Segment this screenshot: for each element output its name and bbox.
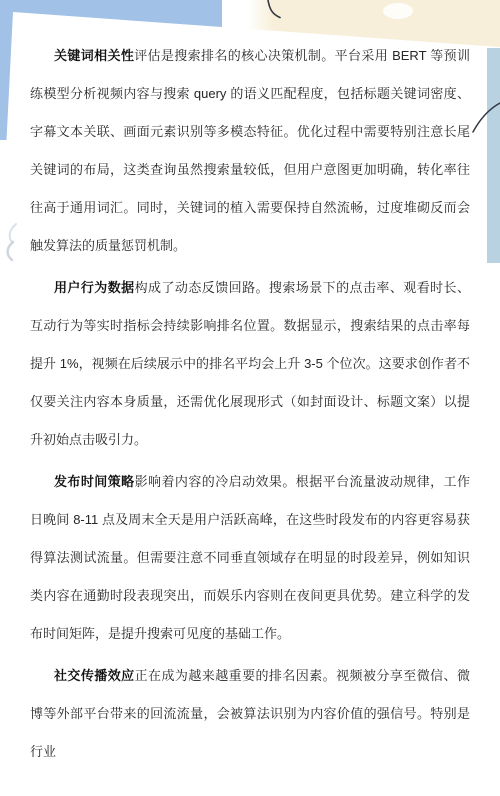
paragraph-keyword-relevance: 关键词相关性评估是搜索排名的核心决策机制。平台采用 BERT 等预训练模型分析视… bbox=[30, 37, 470, 265]
paragraph-social-spread: 社交传播效应正在成为越来越重要的排名因素。视频被分享至微信、微博等外部平台带来的… bbox=[30, 657, 470, 771]
paragraph-user-behavior: 用户行为数据构成了动态反馈回路。搜索场景下的点击率、观看时长、互动行为等实时指标… bbox=[30, 269, 470, 459]
paragraph-lead: 用户行为数据 bbox=[54, 280, 135, 295]
paragraph-lead: 发布时间策略 bbox=[54, 474, 135, 489]
paragraph-lead: 关键词相关性 bbox=[54, 48, 134, 63]
article-body: 关键词相关性评估是搜索排名的核心决策机制。平台采用 BERT 等预训练模型分析视… bbox=[30, 37, 470, 775]
paragraph-lead: 社交传播效应 bbox=[54, 668, 135, 683]
paragraph-text: 评估是搜索排名的核心决策机制。平台采用 BERT 等预训练模型分析视频内容与搜索… bbox=[30, 48, 470, 253]
paragraph-publish-timing: 发布时间策略影响着内容的冷启动效果。根据平台流量波动规律，工作日晚间 8-11 … bbox=[30, 463, 470, 653]
paragraph-text: 影响着内容的冷启动效果。根据平台流量波动规律，工作日晚间 8-11 点及周末全天… bbox=[30, 474, 470, 641]
paragraph-text: 构成了动态反馈回路。搜索场景下的点击率、观看时长、互动行为等实时指标会持续影响排… bbox=[30, 280, 470, 447]
blue-side-strip-shape bbox=[487, 48, 500, 263]
